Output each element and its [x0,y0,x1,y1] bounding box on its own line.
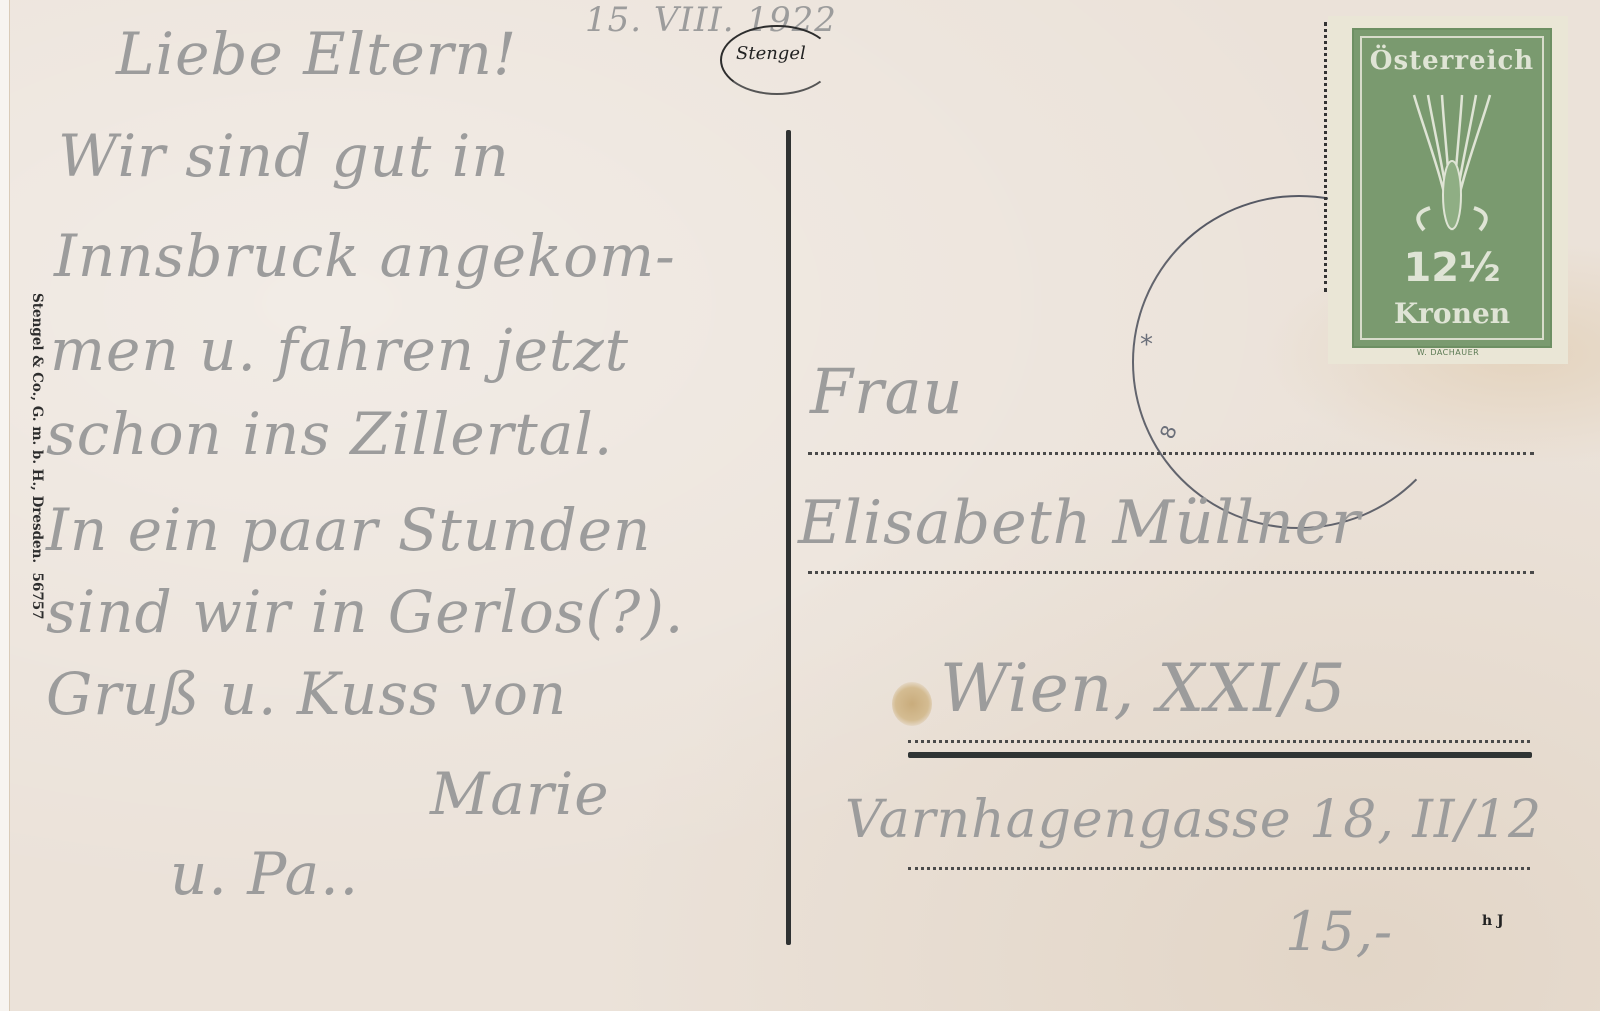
address-city-underline [908,752,1532,758]
center-divider [786,130,791,945]
message-postscript: u. Pa.. [170,840,359,908]
recipient-name: Elisabeth Müllner [798,488,1361,558]
message-salutation: Liebe Eltern! [116,20,517,88]
address-line-3 [908,740,1530,743]
stamp-designer: W. DACHAUER [1328,348,1568,357]
message-line-3: men u. fahren jetzt [50,316,629,384]
message-signature: Marie [430,760,610,828]
address-line-4 [908,867,1530,870]
postage-stamp: Österreich 12½ Kronen W. DACHAUER [1328,16,1568,364]
stamp-value: 12½ [1354,245,1550,291]
wheat-ear-icon [1404,90,1500,240]
imprint-text: Stengel & Co., G. m. b. H., Dresden. [29,293,45,563]
stamp-country: Österreich [1354,46,1550,76]
message-line-5: In ein paar Stunden [46,496,651,564]
address-line-2 [808,571,1534,574]
publisher-logo-text: Stengel [736,43,806,64]
message-line-6: sind wir in Gerlos(?). [46,578,684,646]
recipient-salutation: Frau [810,355,964,428]
address-line-1 [808,452,1534,455]
postcard-back: Stengel & Co., G. m. b. H., Dresden. 567… [9,0,1600,1011]
recipient-city: Wien, XXI/5 [940,650,1347,727]
publisher-logo: Stengel [720,25,834,95]
postmark-star-icon: * [1140,330,1153,360]
message-line-7: Gruß u. Kuss von [46,660,567,728]
stamp-face: Österreich 12½ Kronen [1352,28,1552,348]
printer-mark: h J [1482,913,1504,929]
catalog-number: 56757 [29,573,45,620]
stamp-currency: Kronen [1354,297,1550,330]
recipient-street: Varnhagengasse 18, II/12 [845,790,1542,850]
message-line-4: schon ins Zillertal. [46,400,613,468]
stamp-perforation [1324,22,1327,292]
handwritten-note: 15,- [1285,900,1393,963]
message-line-1: Wir sind gut in [58,122,510,190]
message-line-2: Innsbruck angekom- [54,222,676,290]
paper-stain [892,682,932,726]
